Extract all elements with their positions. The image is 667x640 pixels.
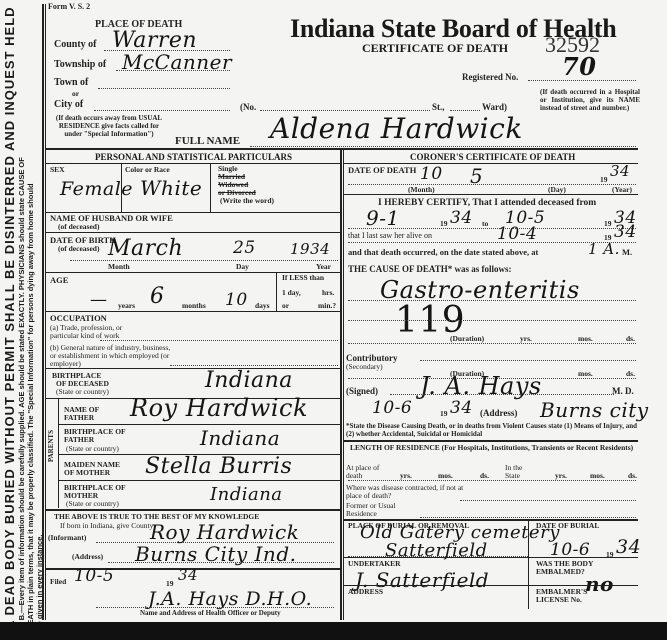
months-label: months: [182, 302, 206, 310]
birthplace-value[interactable]: Indiana: [205, 368, 293, 393]
parents-divider: [58, 398, 59, 508]
last-saw-label: that I last saw her alive on: [348, 232, 432, 240]
certify-rule: [344, 194, 638, 195]
former-label: Former or Usual Residence: [346, 502, 421, 518]
sex-label: SEX: [50, 166, 65, 174]
residence-rule: [344, 440, 638, 442]
certify-label: I HEREBY CERTIFY, That I attended deceas…: [378, 198, 596, 208]
registered-no-label: Registered No.: [462, 72, 518, 82]
less-than-divider: [276, 272, 277, 312]
mother-birthplace-rule: [58, 480, 340, 481]
secondary-label: (Secondary): [346, 363, 383, 371]
death-year-label: (Year): [612, 186, 632, 194]
min-label: min.?: [318, 302, 336, 310]
father-birthplace-value[interactable]: Indiana: [200, 426, 280, 450]
knowledge-rule: [46, 509, 340, 511]
dob-rule: [46, 232, 340, 233]
one-day-label: 1 day,: [282, 289, 301, 297]
age-years[interactable]: —: [90, 290, 108, 310]
at-place-mos: mos.: [438, 472, 453, 480]
center-divider: [340, 148, 342, 620]
filed-year[interactable]: 34: [178, 566, 198, 584]
dob-day: 25: [233, 238, 256, 258]
away-note: (If death occurs away from USUAL RESIDEN…: [54, 114, 164, 138]
township-label: Township of: [54, 60, 106, 70]
mother-birthplace-label: BIRTHPLACE OF MOTHER: [64, 484, 134, 500]
filed-label: Filed: [50, 578, 66, 586]
mother-birthplace-note: (State or country): [66, 500, 119, 508]
town-label: Town of: [54, 78, 88, 88]
filed-value[interactable]: 10-5: [74, 566, 114, 586]
health-officer-field: [96, 607, 334, 608]
signed-address-label: (Address): [480, 408, 517, 418]
less-or-label: or: [282, 302, 289, 310]
personal-heading: PERSONAL AND STATISTICAL PARTICULARS: [95, 152, 292, 162]
or-label: or: [72, 90, 79, 98]
coroner-heading: CORONER'S CERTIFICATE OF DEATH: [410, 152, 575, 162]
duration2-mos: mos.: [578, 370, 593, 378]
mother-name-value[interactable]: Stella Burris: [145, 454, 292, 479]
town-field[interactable]: [98, 88, 230, 89]
st-label: St.,: [432, 102, 445, 112]
attended-from[interactable]: 9-1: [366, 206, 400, 230]
footnote: *State the Disease Causing Death, or in …: [346, 422, 638, 438]
occurred-time[interactable]: 1 A.: [588, 240, 620, 258]
father-name-value[interactable]: Roy Hardwick: [130, 394, 308, 422]
coroner-heading-rule: [344, 163, 638, 164]
filed-year-prefix: 19: [166, 580, 174, 588]
attended-field: [348, 228, 636, 229]
age-days[interactable]: 10: [225, 290, 248, 310]
undertaker-address-label: ADDRESS: [348, 588, 383, 596]
health-officer-label: Name and Address of Health Officer or De…: [140, 609, 281, 617]
dob-day-label: Day: [236, 263, 249, 271]
signed-year[interactable]: 34: [450, 398, 473, 418]
cause-label: THE CAUSE OF DEATH* was as follows:: [348, 264, 512, 274]
margin-note-1: N. B.—Every item of information should b…: [17, 90, 26, 630]
no-label: (No.: [240, 102, 256, 112]
dob-label: DATE OF BIRTH: [50, 236, 116, 244]
attended-to-year-prefix: 19: [604, 220, 612, 228]
registered-no-value[interactable]: 70: [562, 52, 596, 81]
age-label: AGE: [50, 276, 68, 284]
contracted-label: Where was disease contracted, if not at …: [346, 484, 476, 500]
color-value[interactable]: White: [140, 176, 202, 200]
dob-month-label: Month: [108, 263, 130, 271]
occupation-a-label: (a) Trade, profession, or particular kin…: [50, 324, 150, 340]
father-birthplace-label: BIRTHPLACE OF FATHER: [64, 428, 134, 444]
birthplace-note: (State or country): [56, 388, 109, 396]
dob-sub: (of deceased): [58, 245, 99, 253]
address-value: Burns City Ind.: [135, 542, 296, 566]
at-place-label: At place of death: [346, 464, 386, 480]
color-label: Color or Race: [125, 166, 170, 174]
burial-date-label: DATE OF BURIAL: [536, 522, 599, 530]
full-name-field[interactable]: [250, 146, 636, 147]
signed-field: [390, 394, 614, 395]
father-name-label: NAME OF FATHER: [64, 406, 124, 422]
undertaker-label: UNDERTAKER: [348, 560, 401, 568]
cause-field-2: [348, 320, 636, 321]
sex-value[interactable]: Female: [60, 178, 133, 200]
contributory-field[interactable]: [420, 360, 636, 361]
duration2-ds: ds.: [626, 370, 635, 378]
occupation-b-label: (b) General nature of industry, business…: [50, 344, 175, 368]
city-label: City of: [54, 100, 83, 110]
contracted-field[interactable]: [460, 500, 636, 501]
occupation-b-field[interactable]: [170, 365, 338, 366]
duration-ds: ds.: [626, 335, 635, 343]
death-year[interactable]: 34: [610, 162, 630, 180]
mother-name-label: MAIDEN NAME OF MOTHER: [64, 461, 129, 477]
street-field[interactable]: [260, 110, 430, 111]
last-saw-value[interactable]: 10-4: [497, 224, 537, 244]
signed-year-prefix: 19: [440, 410, 448, 418]
born-indiana-note: If born in Indiana, give County: [60, 522, 153, 530]
residence-label: LENGTH OF RESIDENCE (For Hospitals, Inst…: [350, 444, 638, 452]
md-label: M. D.: [612, 386, 634, 396]
age-months[interactable]: 6: [150, 284, 165, 309]
header-rule: [46, 148, 638, 150]
hospital-note: (If death occurred in a Hospital or Inst…: [540, 88, 640, 112]
occurred-label: and that death occurred, on the date sta…: [348, 248, 538, 256]
left-border-inner: [45, 4, 46, 620]
marital-note: (Write the word): [220, 197, 274, 205]
duration-field: [348, 343, 636, 344]
at-place-yrs: yrs.: [400, 472, 412, 480]
ward-field[interactable]: [450, 110, 480, 111]
duration-mos: mos.: [578, 335, 593, 343]
undertaker-rule: [344, 557, 638, 558]
occupation-a-field[interactable]: [100, 340, 338, 341]
last-saw-year[interactable]: 34: [614, 222, 637, 242]
at-place-ds: ds.: [480, 472, 489, 480]
signed-address-value[interactable]: Burns city: [540, 398, 649, 422]
years-label: years: [118, 302, 135, 310]
in-state-label: In the State: [505, 464, 535, 480]
township-value: McCanner: [122, 50, 232, 74]
father-birthplace-rule: [58, 424, 340, 425]
sex-divider: [121, 163, 122, 213]
margin-warning: A DEAD BODY BURIED WITHOUT PERMIT SHALL …: [2, 40, 17, 630]
parents-label: PARENTS: [47, 430, 55, 462]
father-birthplace-note: (State or country): [66, 445, 119, 453]
death-date-field: [348, 184, 636, 185]
center-divider-inner: [343, 148, 344, 620]
signed-label: (Signed): [346, 386, 378, 396]
in-state-yrs: yrs.: [555, 472, 567, 480]
informant-label: (Informant): [48, 534, 86, 542]
county-label: County of: [54, 40, 97, 50]
attended-from-year-prefix: 19: [440, 220, 448, 228]
birthplace-rule: [46, 368, 340, 369]
dob-year: 1934: [290, 240, 330, 258]
color-divider: [210, 163, 211, 213]
license-label: EMBALMER'S LICENSE No.: [536, 588, 606, 604]
certificate-title: CERTIFICATE OF DEATH: [362, 41, 508, 56]
former-field[interactable]: [420, 517, 636, 518]
death-day-label: (Day): [548, 186, 566, 194]
death-date-label: DATE OF DEATH: [348, 166, 416, 174]
informant-value: Roy Hardwick: [150, 520, 299, 544]
to-label: to: [482, 220, 488, 228]
scan-edge: [0, 622, 667, 640]
less-than-label: If LESS than: [282, 274, 324, 282]
address-rule: [344, 585, 638, 586]
duration-label: (Duration): [450, 335, 484, 343]
burial-year[interactable]: 34: [616, 536, 641, 558]
left-border: [42, 4, 44, 620]
dob-month: March: [108, 236, 183, 261]
occupation-rule: [46, 311, 340, 312]
in-state-mos: mos.: [590, 472, 605, 480]
in-state-ds: ds.: [628, 472, 637, 480]
death-month-label: (Month): [408, 186, 435, 194]
form-number: Form V. S. 2: [48, 3, 90, 11]
margin-note-2: DEATH in plain terms, that it may be pro…: [26, 90, 35, 630]
spouse-label: NAME OF HUSBAND OR WIFE: [50, 214, 173, 222]
m-label: M.: [622, 248, 632, 256]
full-name-label: FULL NAME: [175, 136, 240, 146]
attended-from-year[interactable]: 34: [450, 208, 473, 228]
duration-yrs: yrs.: [520, 335, 532, 343]
signed-date[interactable]: 10-6: [372, 398, 412, 418]
address-label: (Address): [72, 553, 103, 561]
city-field[interactable]: [94, 110, 230, 111]
occupation-label: OCCUPATION: [50, 314, 107, 322]
dob-year-label: Year: [316, 263, 331, 271]
cause-field: [348, 300, 636, 301]
spouse-sub: (of deceased): [58, 223, 99, 231]
death-month[interactable]: 10: [420, 164, 443, 184]
mother-birthplace-value[interactable]: Indiana: [210, 484, 283, 505]
personal-heading-rule: [46, 163, 340, 164]
days-label: days: [255, 302, 270, 310]
full-name-value: Aldena Hardwick: [270, 112, 523, 145]
hrs-label: hrs.: [322, 289, 334, 297]
death-year-prefix: 19: [600, 176, 608, 184]
signed-value[interactable]: J. A. Hays: [420, 372, 542, 400]
burial-date-divider: [528, 519, 529, 609]
residence-field[interactable]: [348, 480, 636, 481]
ward-label: Ward): [482, 102, 507, 112]
license-field[interactable]: [600, 590, 636, 604]
